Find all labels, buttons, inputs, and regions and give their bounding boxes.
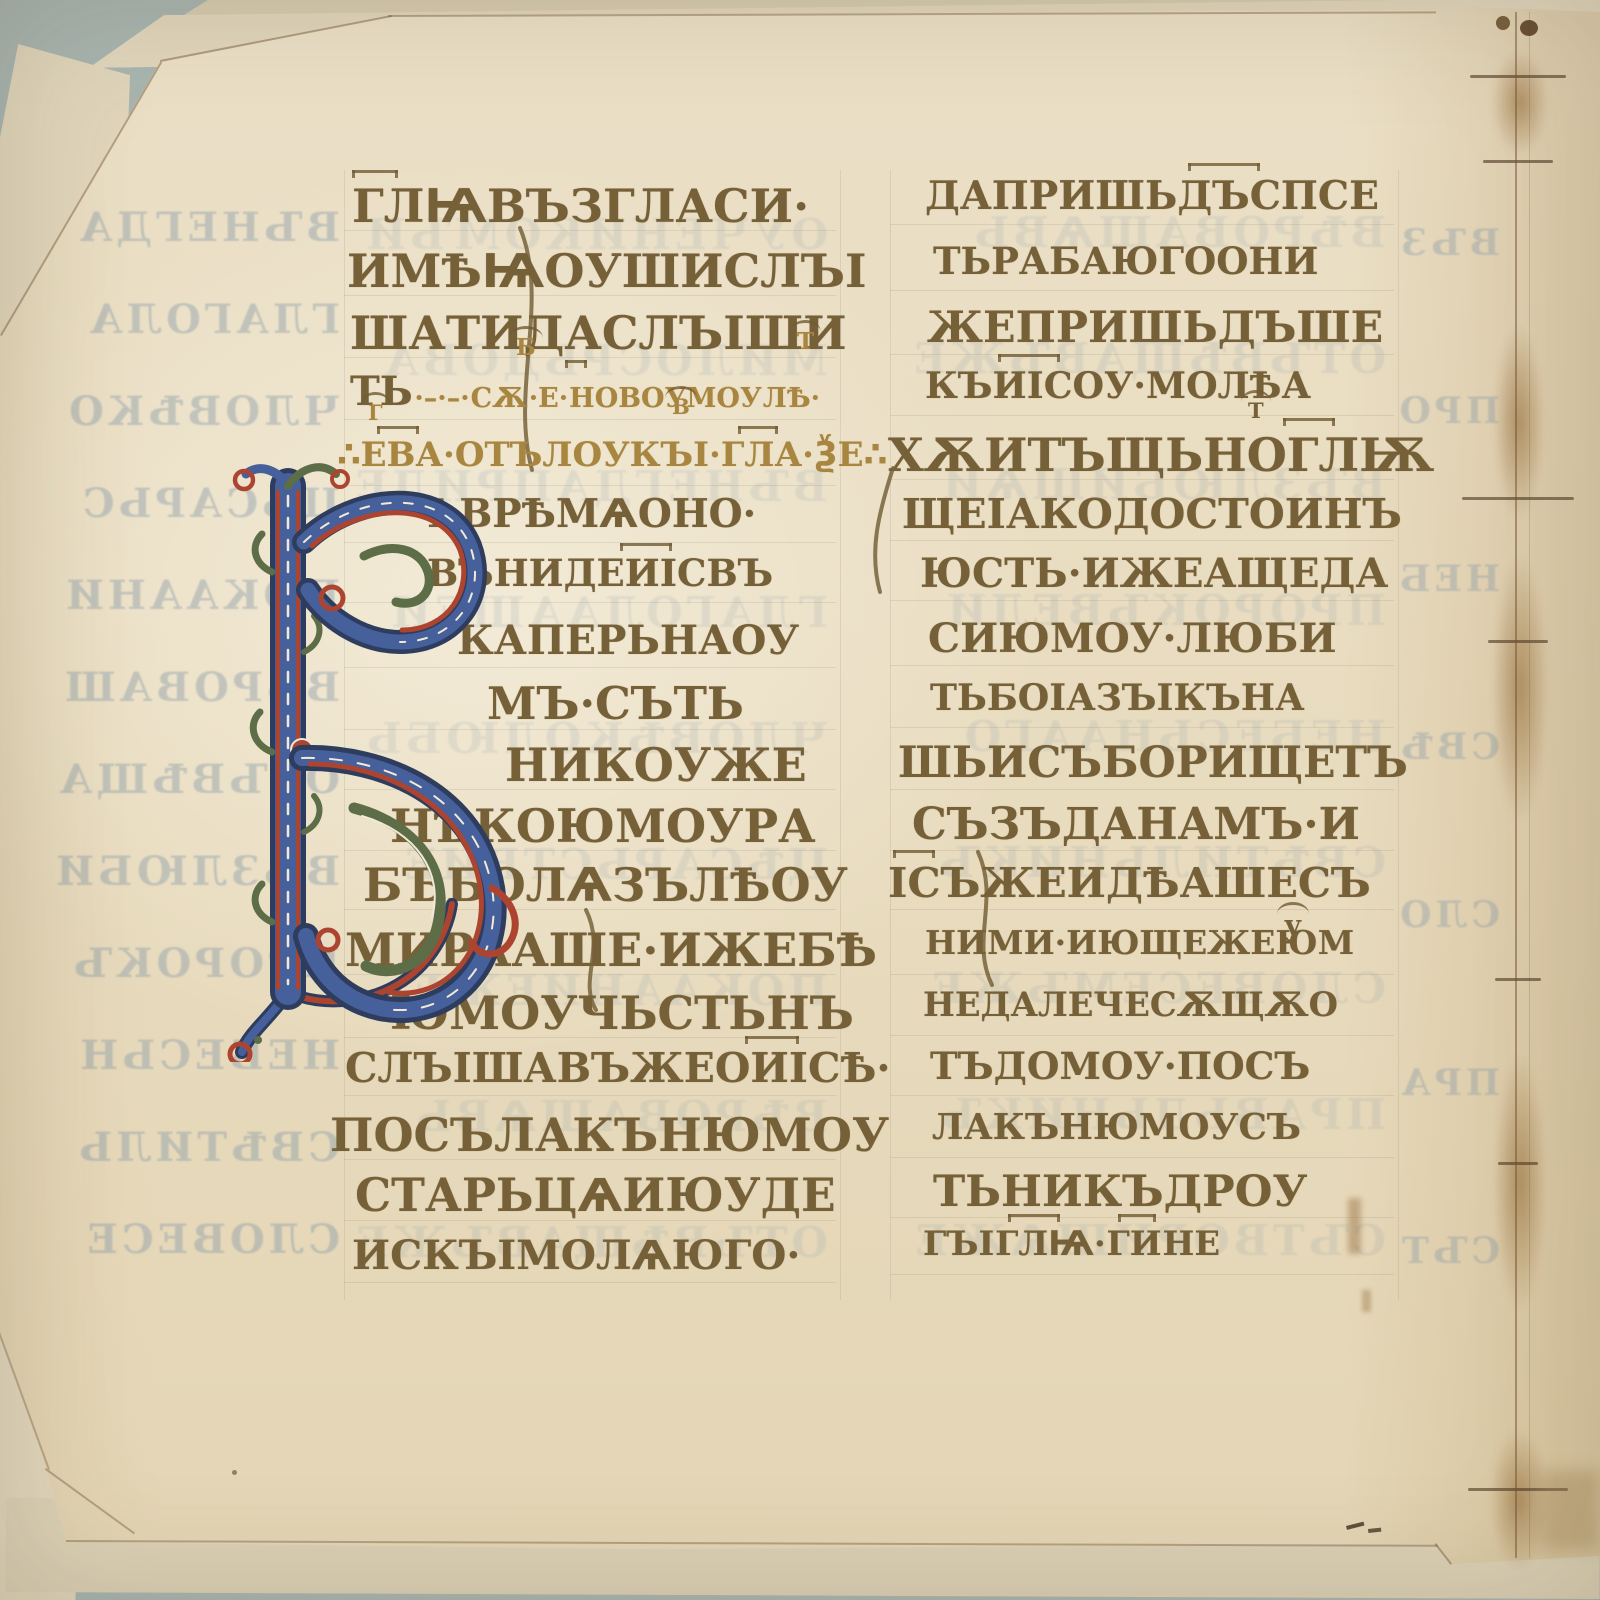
text-line-right-7: ЮСТЬ·ИЖЕАЩЕДА — [920, 553, 1327, 593]
ink-mark — [232, 1470, 237, 1475]
sewing-stitch — [1495, 978, 1541, 981]
ink-mark — [1348, 1198, 1361, 1254]
ruling-vertical — [1398, 170, 1399, 1300]
gutter-stain — [1492, 50, 1548, 155]
ink-mark — [1520, 20, 1538, 36]
gutter-stain — [1494, 325, 1544, 520]
text-line-right-2: ТЬРАБАЮГООНИ — [933, 243, 1283, 280]
titlo-mark — [377, 426, 419, 429]
text-line-right-8: СИЮМОУ·ЛЮБИ — [928, 618, 1258, 658]
bleedthrough-line: ВЪЗ — [1400, 225, 1500, 261]
sewing-stitch — [1498, 1162, 1538, 1165]
titlo-mark — [565, 360, 587, 363]
titlo-mark — [998, 354, 1060, 357]
text-line-right-18: ГЪІГЛѨ·ГИНЕ — [923, 1227, 1220, 1261]
ink-mark — [1362, 1290, 1371, 1312]
titlo-mark — [620, 543, 672, 546]
text-line-left-3: ШАТИДАСЛЪІШИ — [350, 310, 803, 356]
illuminated-initial-v — [224, 452, 534, 1062]
bleedthrough-line: СЛО — [1400, 897, 1500, 933]
ruling-line — [890, 789, 1394, 790]
text-line-right-3: ЖЕПРИШЬДЪШЕ — [927, 307, 1250, 350]
ruling-line — [344, 1282, 836, 1283]
titlo-mark — [745, 1036, 799, 1039]
bleedthrough-line: СЪТ — [1400, 1233, 1500, 1269]
titlo-mark — [1008, 1214, 1060, 1217]
ruling-line — [344, 419, 836, 420]
text-line-right-15: ТЪДОМОУ·ПОСЪ — [930, 1048, 1260, 1085]
text-line-left-16: ПОСЪЛАКЪНЮМОУ — [330, 1112, 800, 1158]
sewing-stitch — [1462, 497, 1574, 500]
titlo-mark — [352, 170, 398, 173]
text-line-left-1: ГЛѨВЪЗГЛАСИ· — [352, 183, 744, 229]
ruling-line — [890, 909, 1394, 910]
ink-mark — [1540, 1470, 1600, 1550]
ink-mark — [1515, 12, 1517, 1558]
text-line-right-11: СЪЗЪДАНАМЪ·И — [912, 803, 1297, 847]
bleedthrough-line: ПРО — [1400, 393, 1500, 429]
ruling-line — [890, 540, 1394, 541]
text-line-left-2: ИМѢѨОУШИСЛЪІ — [347, 248, 772, 294]
sewing-stitch — [1488, 640, 1548, 643]
bleedthrough-line: НЕБ — [1400, 561, 1500, 597]
ink-mark — [1529, 12, 1530, 1558]
sewing-stitch — [1483, 160, 1553, 163]
ruling-line — [890, 1035, 1394, 1036]
ink-mark — [1496, 16, 1510, 30]
text-line-right-17: ТЬНИКЪДРОУ — [933, 1170, 1233, 1213]
superscript-letter: Б — [516, 336, 536, 359]
text-line-left-18: ИСКЪІМОЛѦЮГО· — [352, 1235, 733, 1275]
ruling-line — [890, 415, 1394, 416]
gutter-stain — [1494, 1055, 1546, 1310]
superscript-letter: Г — [368, 402, 383, 423]
superscript-letter: В — [672, 396, 690, 417]
ruling-line — [890, 1217, 1394, 1218]
text-line-right-9: ТЬБОІАЗЪІКЪНА — [930, 680, 1295, 716]
text-line-right-4: КЪИІСОУ·МОЛѢА — [925, 368, 1267, 404]
text-line-right-13: НИМИ·ИЮЩЕЖЕЮМ — [925, 927, 1277, 960]
bleedthrough-line: ВЪНЕГДА — [56, 208, 340, 248]
ruling-vertical — [890, 170, 891, 1300]
ruling-line — [890, 1274, 1394, 1275]
titlo-mark — [1188, 163, 1260, 166]
superscript-letter: у — [1284, 912, 1302, 940]
bleedthrough-line: СЛОВЕСЕ — [56, 1220, 340, 1260]
text-line-right-14: НЕДАЛЕЧЕСѪЩѪО — [923, 988, 1263, 1022]
text-line-right-1: ДАПРИШЬДЪСПСЕ — [925, 177, 1295, 216]
bleedthrough-line: СВѢ — [1400, 729, 1500, 765]
bleedthrough-line: ПРА — [1400, 1065, 1500, 1101]
titlo-mark — [1118, 1214, 1156, 1217]
text-line-left-4: ТЬ·–·–·СѪ·Е·НОВОУМОУЛѢ· — [350, 372, 820, 412]
bleedthrough-line: СВѢТИЛЬ — [56, 1128, 340, 1168]
ruling-line — [890, 290, 1394, 291]
superscript-letter: Т — [797, 330, 814, 353]
gutter-stain — [1492, 555, 1548, 820]
text-line-right-5: ХѪИТЪЩЬНОГЛѬ — [888, 432, 1353, 478]
text-line-right-10: ШЬИСЪБОРИЩЕТЪ — [898, 742, 1327, 785]
manuscript-photo: ВЪНЕГДАГЛАГОЛАЧЛОВѢКОЦѢСАРЬСПОКААНИВѢРОВ… — [0, 0, 1600, 1600]
titlo-mark — [1283, 418, 1335, 421]
ruling-line — [890, 1157, 1394, 1158]
sewing-stitch — [1470, 75, 1566, 78]
ruling-line — [890, 665, 1394, 666]
text-line-right-6: ЩЕІАКОДОСТОИНЪ — [902, 493, 1317, 534]
text-line-right-16: ЛАКЪНЮМОУСЪ — [932, 1110, 1247, 1146]
superscript-letter: Т — [1248, 400, 1264, 421]
bleedthrough-line: ЧЛОВѢКО — [56, 392, 340, 432]
titlo-mark — [738, 426, 778, 429]
text-line-left-10: НИКОУЖЕ — [505, 742, 740, 788]
text-line-left-17: СТАРЬЦѦИЮУДЕ — [355, 1173, 727, 1218]
text-line-right-12: ІСЪЖЕИДѢАШЕСЪ — [888, 862, 1307, 904]
titlo-mark — [893, 850, 935, 853]
bleedthrough-line: ГЛАГОЛА — [56, 300, 340, 340]
